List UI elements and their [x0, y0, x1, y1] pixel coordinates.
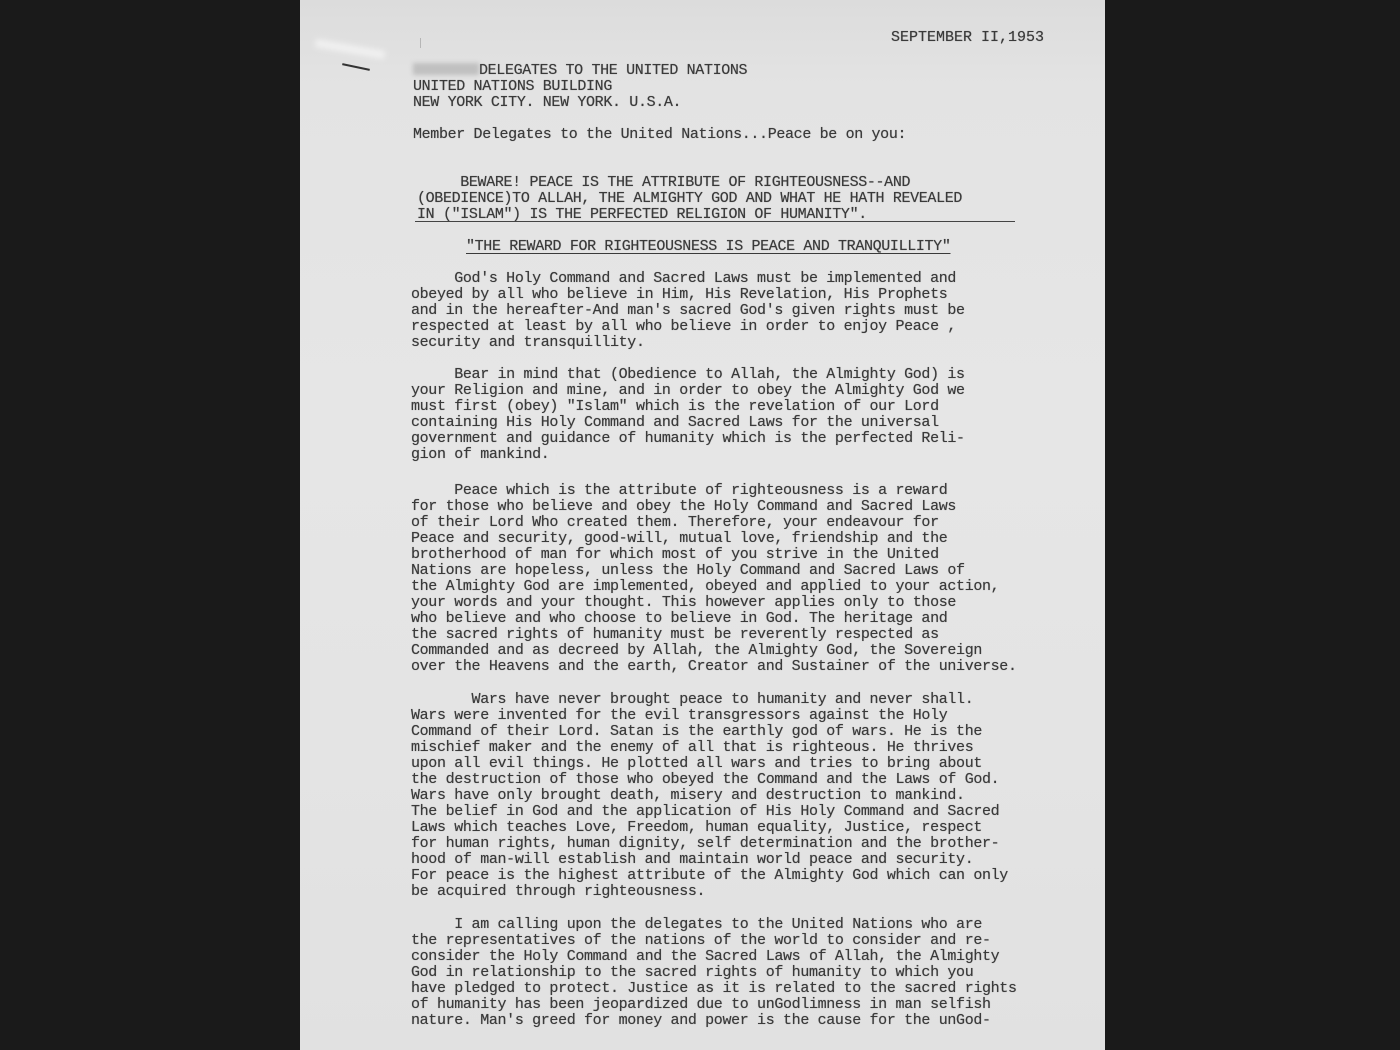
- paragraph-1: God's Holy Command and Sacred Laws must …: [411, 271, 965, 351]
- reward-heading: "THE REWARD FOR RIGHTEOUSNESS IS PEACE A…: [466, 239, 950, 255]
- paragraph-4: Wars have never brought peace to humanit…: [411, 692, 1008, 900]
- recipient-address: DELEGATES TO THE UNITED NATIONS UNITED N…: [413, 63, 747, 111]
- letter-page: SEPTEMBER II,1953 DELEGATES TO THE UNITE…: [300, 0, 1105, 1050]
- heading-underline: [415, 221, 1015, 222]
- paper-crease: [315, 39, 385, 59]
- paragraph-3: Peace which is the attribute of righteou…: [411, 483, 1017, 675]
- address-line-3: NEW YORK CITY. NEW YORK. U.S.A.: [413, 94, 681, 111]
- salutation: Member Delegates to the United Nations..…: [413, 127, 906, 143]
- illegible-word: [413, 63, 479, 75]
- address-line-1: DELEGATES TO THE UNITED NATIONS: [479, 62, 747, 79]
- warning-heading: BEWARE! PEACE IS THE ATTRIBUTE OF RIGHTE…: [417, 175, 962, 223]
- pen-mark: [342, 63, 370, 71]
- paragraph-5: I am calling upon the delegates to the U…: [411, 917, 1017, 1029]
- faint-mark: [420, 38, 427, 48]
- address-line-2: UNITED NATIONS BUILDING: [413, 78, 612, 95]
- paragraph-2: Bear in mind that (Obedience to Allah, t…: [411, 367, 965, 463]
- reward-heading-text: "THE REWARD FOR RIGHTEOUSNESS IS PEACE A…: [466, 238, 950, 255]
- letter-date: SEPTEMBER II,1953: [891, 30, 1044, 46]
